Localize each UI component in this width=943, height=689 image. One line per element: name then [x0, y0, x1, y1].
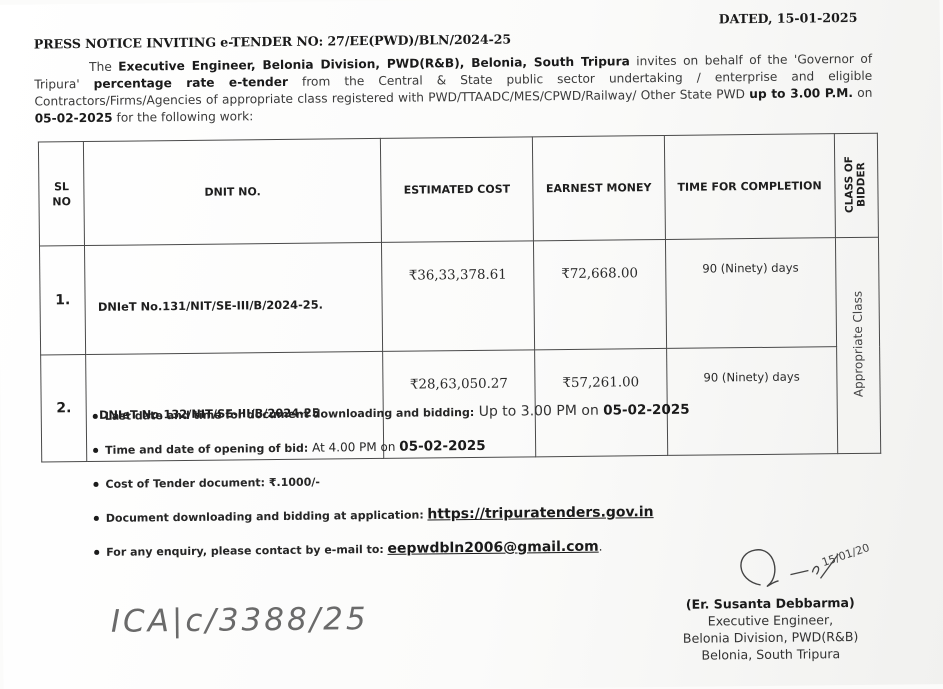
signatory-location: Belonia, South Tripura: [663, 645, 878, 664]
intro-text: on: [853, 86, 873, 100]
header-class-of-bidder: CLASS OF BIDDER: [834, 133, 878, 237]
enquiry-email-link[interactable]: eepwdbln2006@gmail.com: [387, 539, 598, 557]
class-of-bidder-cell: Appropriate Class: [835, 237, 881, 453]
table-header-row: SL NO DNIT NO. ESTIMATED COST EARNEST MO…: [38, 133, 878, 246]
header-time-for-completion: TIME FOR COMPLETION: [664, 134, 835, 240]
class-of-bidder-value: Appropriate Class: [850, 291, 865, 397]
row-sl: 1.: [39, 246, 85, 355]
header-sl-no: SL NO: [38, 142, 84, 246]
point-label: Last date and time for document download…: [105, 406, 475, 423]
notice-title: PRESS NOTICE INVITING e-TENDER NO: 27/EE…: [34, 32, 511, 52]
point-date: 05-02-2025: [399, 438, 486, 455]
point-label: For any enquiry, please contact by e-mai…: [106, 543, 384, 559]
header-dnit-no: DNIT NO.: [84, 138, 382, 245]
row-dnit: DNIeT No.131/NIT/SE-III/B/2024-25.: [85, 242, 383, 354]
handwritten-reference: ICA|c/3388/25: [111, 601, 369, 640]
table-row: 1. DNIeT No.131/NIT/SE-III/B/2024-25. ₹3…: [39, 237, 879, 355]
row-earnest-money: ₹72,668.00: [533, 239, 666, 349]
point-value: Up to 3.00 PM on: [474, 403, 603, 420]
point-value: At 4.00 PM on: [308, 440, 399, 455]
tender-type: percentage rate e-tender: [94, 75, 288, 91]
deadline-date: 05-02-2025: [35, 111, 113, 126]
issuer: Executive Engineer, Belonia Division, PW…: [118, 54, 630, 73]
tender-portal-link[interactable]: https://tripuratenders.gov.in: [427, 504, 653, 522]
row-sl: 2.: [41, 355, 87, 462]
row-time: 90 (Ninety) days: [665, 238, 836, 349]
point-enquiry-email: For any enquiry, please contact by e-mai…: [94, 534, 814, 576]
notice-points-list: Last date and time for document download…: [93, 398, 815, 576]
row-estimated-cost: ₹36,33,378.61: [382, 241, 535, 352]
signatory-name: (Er. Susanta Debbarma): [663, 594, 878, 613]
point-suffix: .: [599, 540, 603, 554]
svg-text:15/01/2025: 15/01/2025: [820, 544, 870, 569]
signature-scribble-icon: 15/01/2025: [730, 544, 871, 595]
point-date: 05-02-2025: [603, 402, 690, 419]
point-label: Cost of Tender document: ₹.1000/-: [105, 476, 320, 491]
point-label: Time and date of opening of bid:: [105, 442, 308, 457]
point-label: Document downloading and bidding at appl…: [106, 508, 424, 524]
header-estimated-cost: ESTIMATED COST: [380, 137, 533, 243]
notice-date: DATED, 15-01-2025: [719, 10, 858, 26]
intro-text: The: [89, 60, 118, 74]
deadline-time: up to 3.00 P.M.: [749, 86, 853, 101]
signatory-office: Belonia Division, PWD(R&B): [663, 628, 878, 647]
press-notice-page: PRESS NOTICE INVITING e-TENDER NO: 27/EE…: [0, 0, 943, 689]
signatory-block: (Er. Susanta Debbarma) Executive Enginee…: [663, 594, 879, 664]
intro-text: for the following work:: [113, 109, 254, 124]
intro-paragraph: The Executive Engineer, Belonia Division…: [34, 51, 873, 128]
header-earnest-money: EARNEST MONEY: [532, 135, 665, 240]
